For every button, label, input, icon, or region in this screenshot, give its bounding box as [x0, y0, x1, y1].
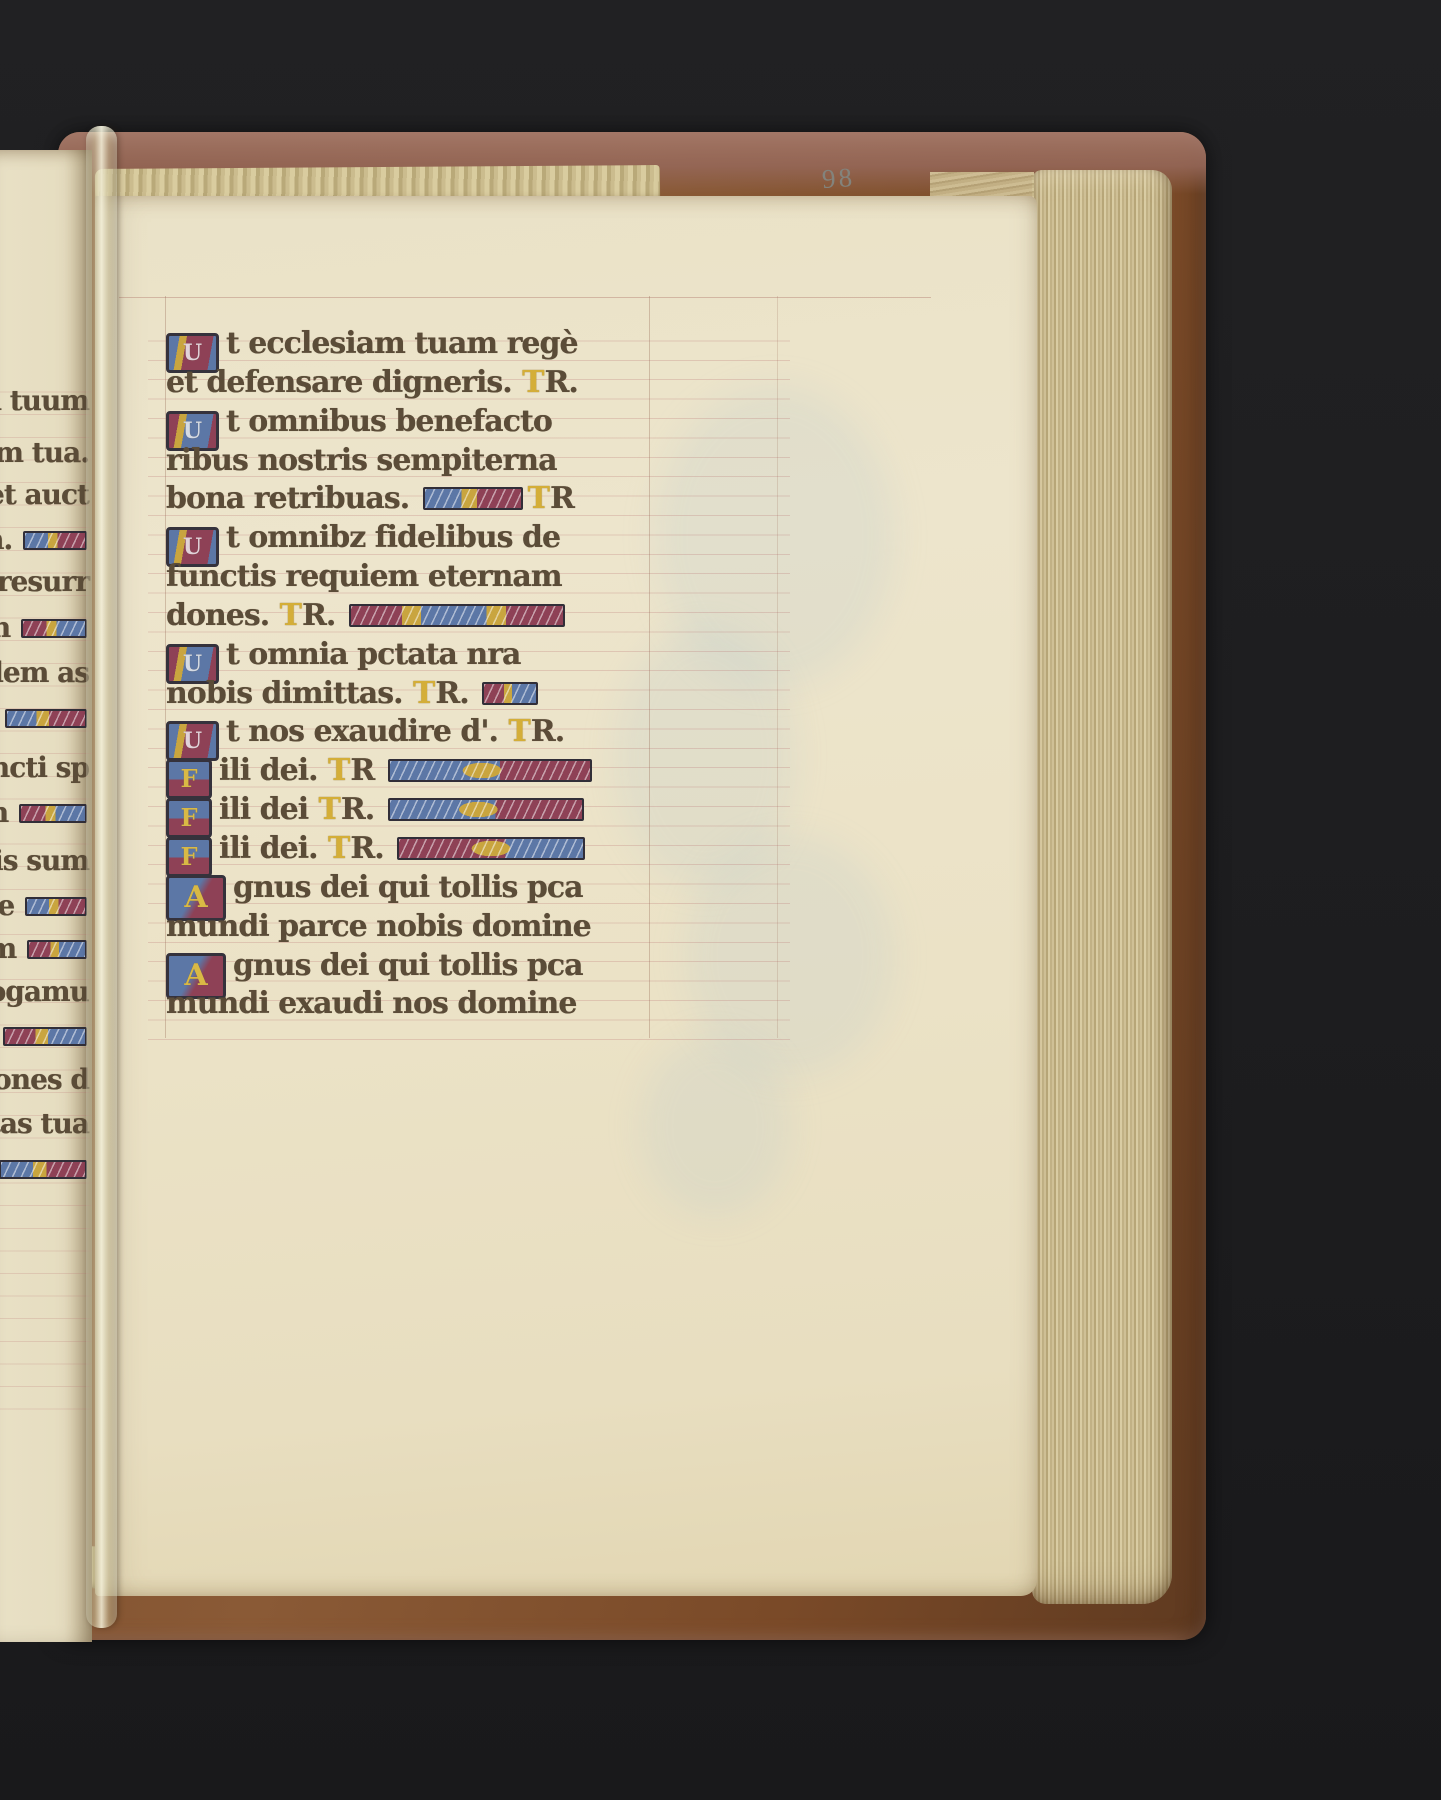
latin-text: functis requiem eternam — [166, 559, 562, 594]
latin-text: dones. — [166, 598, 279, 633]
clipped-text-line: am sancti sp — [0, 752, 89, 786]
clipped-text-line: tum tuum — [0, 385, 89, 419]
text-line: nobis dimittas. TR. — [166, 676, 726, 715]
clipped-text-line: n — [0, 797, 89, 831]
latin-text: R. — [435, 676, 478, 711]
latin-text: n — [0, 611, 19, 644]
latin-text: me — [0, 889, 23, 922]
latin-text: sam resurr — [0, 565, 89, 598]
clipped-text-line — [0, 1153, 89, 1187]
latin-text: mortis sum — [0, 844, 89, 877]
clipped-text-line: pietas tua — [0, 1108, 89, 1142]
clipped-text-line: diam — [0, 933, 89, 967]
folio-number: 98 — [821, 162, 856, 195]
latin-text: t ecclesiam tuam regè — [226, 326, 578, 361]
latin-text: am sancti sp — [0, 751, 89, 784]
latin-text: n — [0, 796, 17, 829]
text-line: dones. TR. — [166, 598, 726, 637]
text-line: Fili dei. TR — [166, 753, 726, 792]
latin-text: R. — [350, 831, 393, 866]
text-line: mundi exaudi nos domine — [166, 986, 726, 1025]
gold-capital: T — [280, 598, 301, 633]
line-filler — [0, 1160, 87, 1179]
text-line: ribus nostris sempiterna — [166, 443, 726, 482]
latin-text: ili dei. — [219, 753, 327, 788]
gold-capital: T — [319, 792, 340, 827]
latin-text: gnus dei qui tollis pca — [233, 948, 583, 983]
latin-text: nem et auct — [0, 478, 89, 511]
latin-text: mundi exaudi nos domine — [166, 986, 576, 1021]
clipped-text-line — [3, 702, 89, 736]
gold-capital: T — [508, 714, 529, 749]
latin-text: s. te rogamu — [0, 975, 89, 1008]
text-line: et defensare digneris. TR. — [166, 365, 726, 404]
latin-text: diam — [0, 932, 25, 965]
recto-page: 98 Ut ecclesiam tuam regèet defensare di… — [95, 196, 1037, 1596]
text-line: Agnus dei qui tollis pca — [166, 870, 726, 909]
text-line: Fili dei. TR. — [166, 831, 726, 870]
line-filler — [21, 619, 87, 638]
text-line: Ut ecclesiam tuam regè — [166, 326, 726, 365]
line-filler — [388, 759, 592, 782]
latin-text: rabilem as — [0, 656, 89, 689]
latin-text: ili dei. — [219, 831, 327, 866]
glass-page-weight-rod — [86, 126, 117, 1628]
clipped-text-line: rabilem as — [0, 657, 89, 691]
gold-capital: T — [522, 365, 543, 400]
gold-capital: T — [328, 831, 349, 866]
latin-text: mundi parce nobis domine — [166, 909, 591, 944]
latin-text: bona retribuas. — [166, 481, 419, 516]
gold-capital: T — [328, 753, 349, 788]
latin-text: R. — [302, 598, 345, 633]
line-filler — [19, 804, 87, 823]
latin-text: tum tuum — [0, 384, 89, 417]
latin-text-block: Ut ecclesiam tuam regèet defensare digne… — [166, 326, 726, 1025]
clipped-text-line: obis dones d — [0, 1064, 89, 1098]
latin-text: gnus dei qui tollis pca — [233, 870, 583, 905]
latin-text: ili dei — [219, 792, 318, 827]
text-line: mundi parce nobis domine — [166, 909, 726, 948]
text-line: Fili dei TR. — [166, 792, 726, 831]
clipped-text-line: nem et auct — [0, 479, 89, 513]
latin-text: pietas tua — [0, 1107, 89, 1140]
latin-text: t nos exaudire d'. — [226, 714, 507, 749]
clipped-text-line: mortis sum — [0, 845, 89, 879]
latin-text: ribus nostris sempiterna — [166, 443, 557, 478]
line-filler — [349, 604, 565, 627]
latin-text: t omnibus benefacto — [226, 404, 552, 439]
line-filler — [388, 798, 584, 821]
gold-capital: T — [413, 676, 434, 711]
latin-text: n. — [0, 523, 21, 556]
latin-text: obis dones d — [0, 1063, 89, 1096]
latin-text: t omnia pctata nra — [226, 637, 520, 672]
line-filler — [423, 487, 523, 510]
clipped-text-line: s. te rogamu — [0, 976, 89, 1010]
clipped-text-line — [1, 1020, 89, 1054]
latin-text: tatem tua. — [0, 436, 89, 469]
line-filler — [3, 1027, 87, 1046]
verso-showthrough — [640, 1036, 790, 1216]
text-line: Agnus dei qui tollis pca — [166, 948, 726, 987]
text-line: Ut omnibus benefacto — [166, 404, 726, 443]
text-line: Ut nos exaudire d'. TR. — [166, 714, 726, 753]
fore-edge-page-stack — [1032, 170, 1172, 1604]
line-filler — [482, 682, 538, 705]
latin-text: R — [350, 753, 383, 788]
line-filler — [5, 709, 87, 728]
latin-text: R. — [531, 714, 564, 749]
text-line: Ut omnibz fidelibus de — [166, 520, 726, 559]
latin-text: t omnibz fidelibus de — [226, 520, 560, 555]
clipped-text-line: tatem tua. — [0, 437, 89, 471]
facing-page-sliver: tum tuumtatem tua.nem et auctn. sam resu… — [0, 150, 92, 1642]
line-filler — [23, 531, 87, 550]
text-line: bona retribuas. TR — [166, 481, 726, 520]
latin-text: R — [550, 481, 574, 516]
line-filler — [27, 940, 87, 959]
clipped-text-line: n — [0, 612, 89, 646]
top-ruling-line — [119, 297, 931, 298]
clipped-text-line: sam resurr — [0, 566, 89, 600]
latin-text: R. — [544, 365, 577, 400]
latin-text: et defensare digneris. — [166, 365, 521, 400]
line-filler — [25, 897, 87, 916]
text-line: Ut omnia pctata nra — [166, 637, 726, 676]
latin-text: nobis dimittas. — [166, 676, 412, 711]
clipped-text-line: me — [0, 890, 89, 924]
text-line: functis requiem eternam — [166, 559, 726, 598]
line-filler — [397, 837, 585, 860]
vertical-ruling-line — [777, 296, 778, 1038]
photo-of-open-manuscript: 98 Ut ecclesiam tuam regèet defensare di… — [0, 0, 1441, 1800]
gold-capital: T — [528, 481, 549, 516]
clipped-text-line: n. — [0, 524, 89, 558]
latin-text: R. — [341, 792, 384, 827]
